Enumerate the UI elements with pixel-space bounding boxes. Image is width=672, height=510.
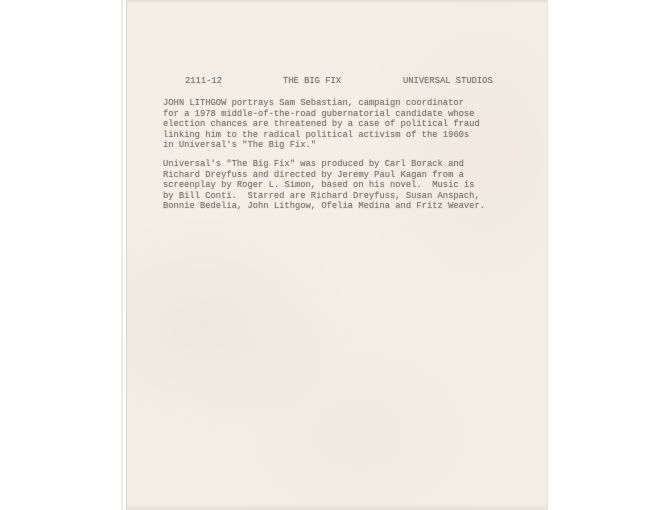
credits-paragraph: Universal's "The Big Fix" was produced b… (163, 159, 523, 211)
film-title: THE BIG FIX (283, 76, 341, 86)
typed-text-block: 2111-12 THE BIG FIX UNIVERSAL STUDIOS JO… (163, 76, 523, 211)
paper-sheet: 2111-12 THE BIG FIX UNIVERSAL STUDIOS JO… (126, 0, 548, 510)
studio-name: UNIVERSAL STUDIOS (403, 76, 493, 86)
synopsis-paragraph: JOHN LITHGOW portrays Sam Sebastian, cam… (163, 98, 523, 150)
header-line: 2111-12 THE BIG FIX UNIVERSAL STUDIOS (163, 76, 523, 86)
still-number: 2111-12 (185, 76, 222, 86)
scanned-press-still-back: 2111-12 THE BIG FIX UNIVERSAL STUDIOS JO… (0, 0, 672, 510)
